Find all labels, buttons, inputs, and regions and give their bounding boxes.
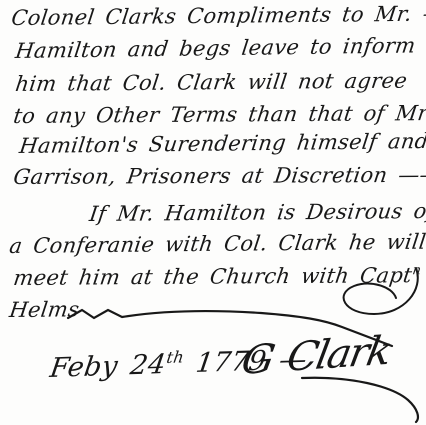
- letter-line-6: Garrison, Prisoners at Discretion ————: [12, 163, 426, 189]
- letter-line-3: him that Col. Clark will not agree: [14, 69, 409, 96]
- letter-line-4: to any Other Terms than that of Mr: [12, 101, 426, 128]
- letter-document: Colonel Clarks Compliments to Mr. — Hami…: [0, 0, 426, 425]
- letter-line-7: If Mr. Hamilton is Desirous of: [88, 199, 426, 226]
- letter-line-8: a Conferanie with Col. Clark he will —: [8, 229, 426, 258]
- date-prefix: Feby 24: [48, 349, 168, 384]
- letter-line-1: Colonel Clarks Compliments to Mr. —: [10, 1, 426, 30]
- letter-line-5: Hamilton's Surendering himself and: [18, 129, 426, 158]
- signature-flourish: [300, 372, 424, 424]
- letter-line-2: Hamilton and begs leave to inform: [14, 33, 417, 63]
